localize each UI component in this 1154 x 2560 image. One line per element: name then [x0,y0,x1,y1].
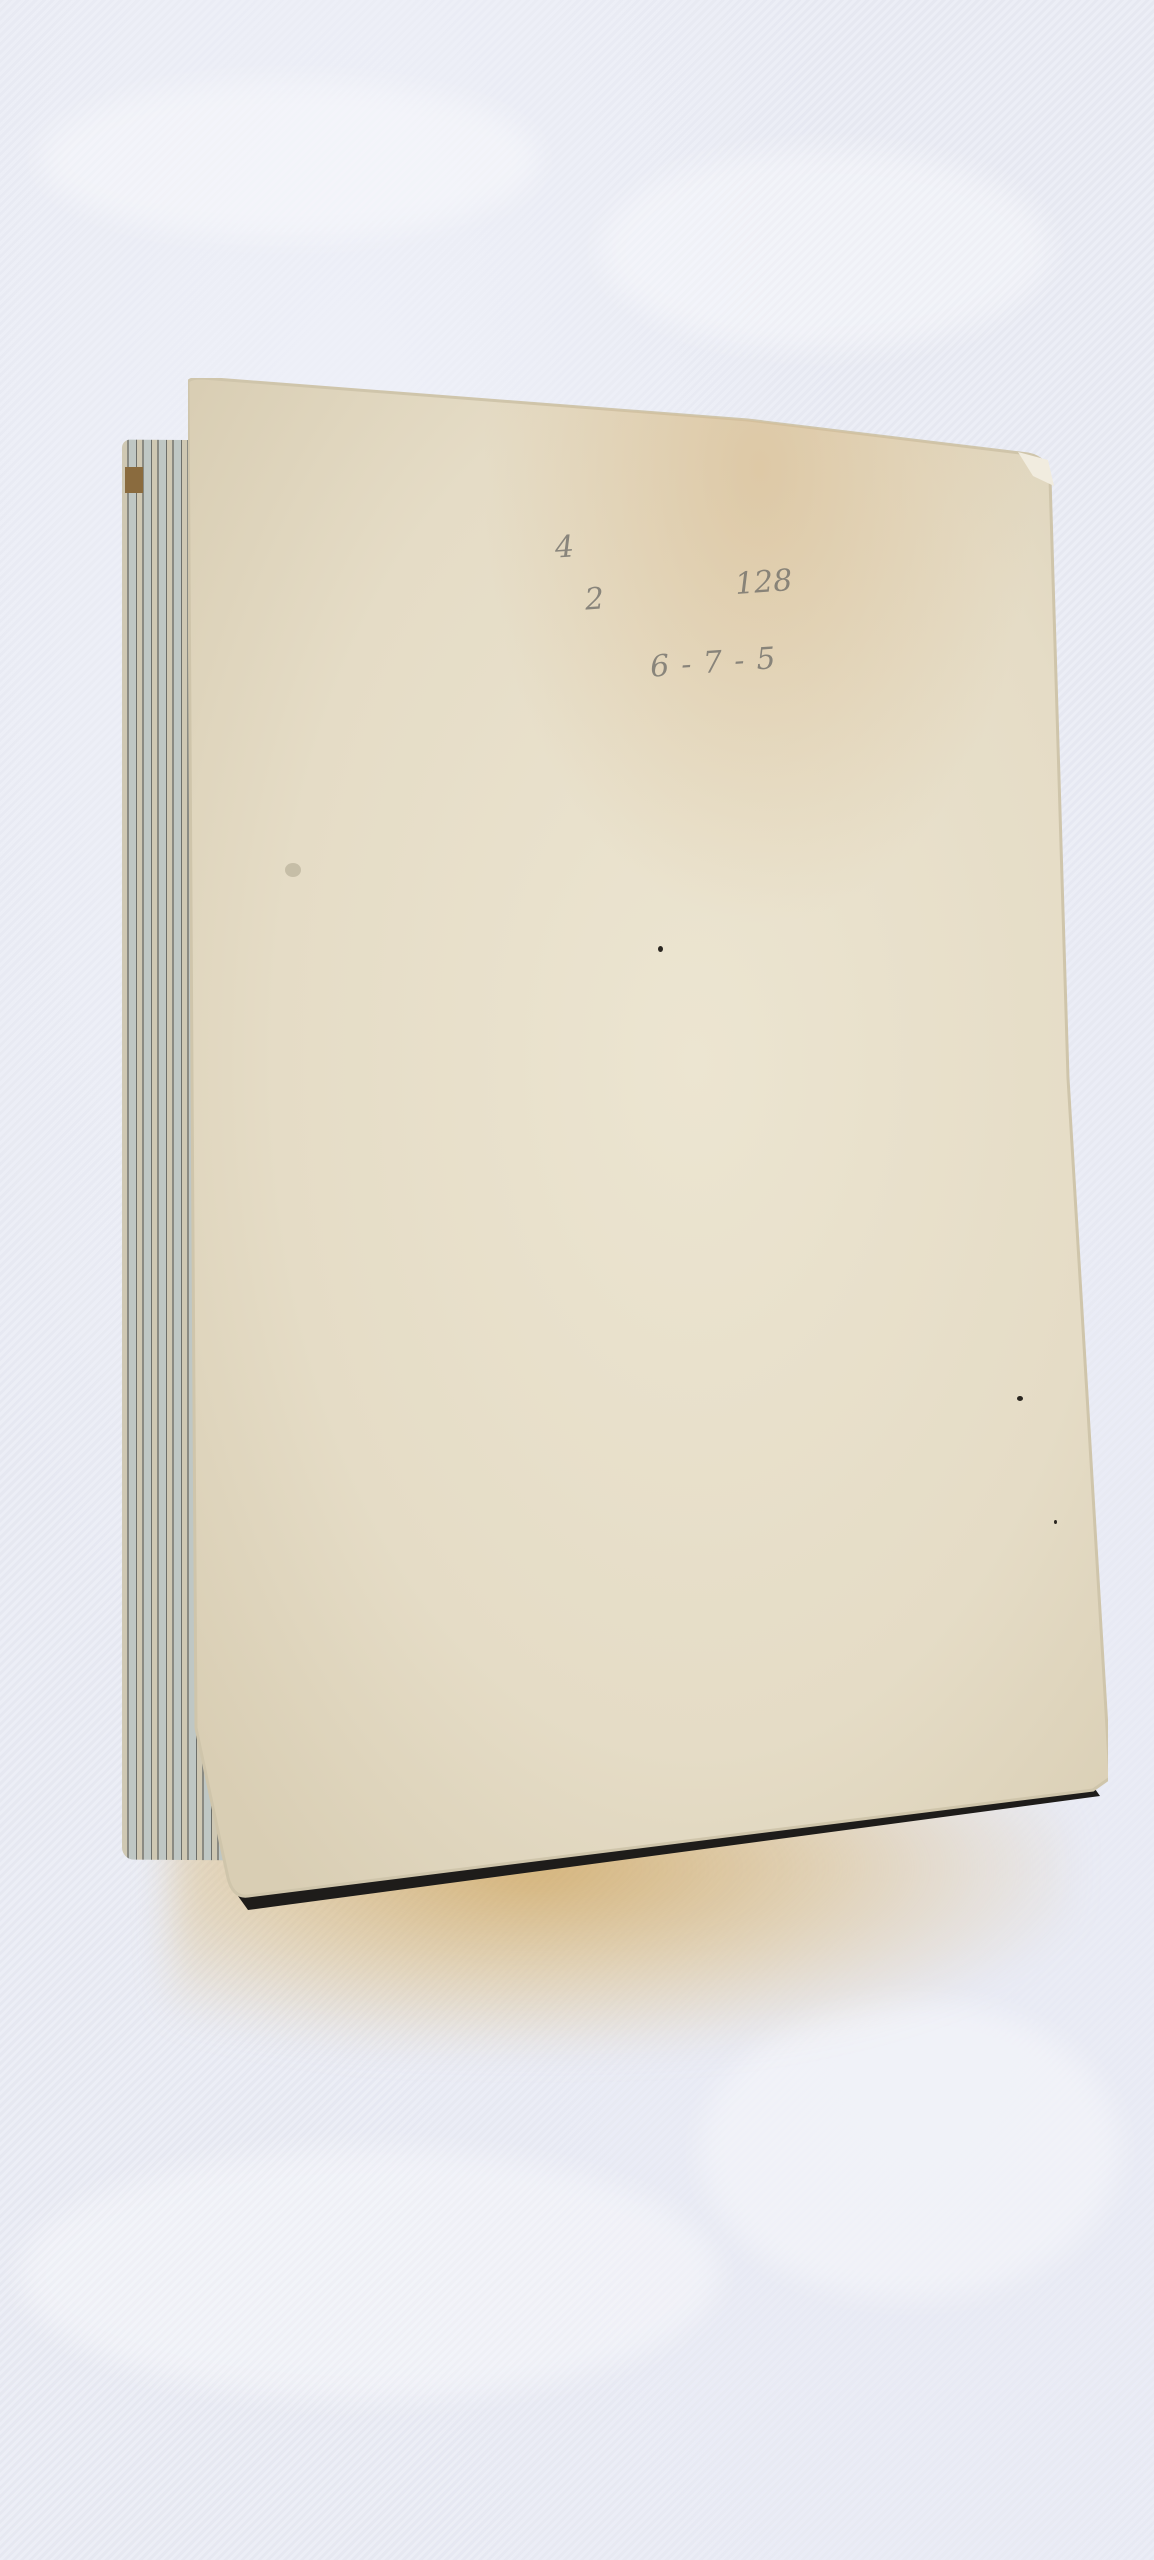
pencil-note: 2 [584,581,605,617]
pencil-note: 128 [734,563,794,602]
pencil-note: 4 [554,529,575,565]
cover-scuff [285,863,301,877]
cover-speck [1054,1520,1057,1524]
book-cover-shape [188,378,1108,1910]
page-tab-marker [125,467,143,493]
cover-speck [1017,1396,1023,1401]
cloth-fold-highlight [20,2150,720,2400]
book-cover [188,378,1108,1910]
cover-speck [658,946,663,952]
cloth-fold-highlight [40,80,540,240]
cloth-fold-highlight [600,150,1050,350]
